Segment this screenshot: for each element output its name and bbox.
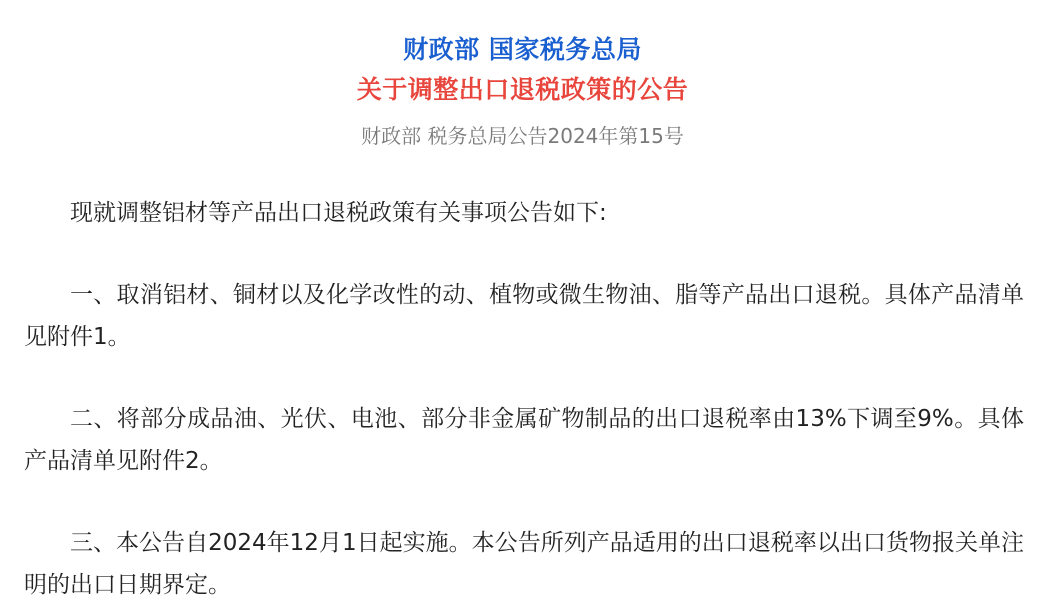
item-3-paragraph: 三、本公告自2024年12月1日起实施。本公告所列产品适用的出口退税率以出口货物… — [24, 522, 1024, 606]
item-2-paragraph: 二、将部分成品油、光伏、电池、部分非金属矿物制品的出口退税率由13%下调至9%。… — [24, 398, 1024, 482]
item-1-paragraph: 一、取消铝材、铜材以及化学改性的动、植物或微生物油、脂等产品出口退税。具体产品清… — [24, 274, 1024, 358]
issuing-organizations-title: 财政部 国家税务总局 — [0, 30, 1045, 70]
announcement-header: 财政部 国家税务总局 关于调整出口退税政策的公告 财政部 税务总局公告2024年… — [0, 30, 1045, 156]
announcement-title: 关于调整出口退税政策的公告 — [0, 70, 1045, 110]
intro-paragraph: 现就调整铝材等产品出口退税政策有关事项公告如下: — [24, 192, 1024, 234]
announcement-body: 现就调整铝材等产品出口退税政策有关事项公告如下: 一、取消铝材、铜材以及化学改性… — [24, 192, 1024, 606]
document-number: 财政部 税务总局公告2024年第15号 — [0, 116, 1045, 156]
